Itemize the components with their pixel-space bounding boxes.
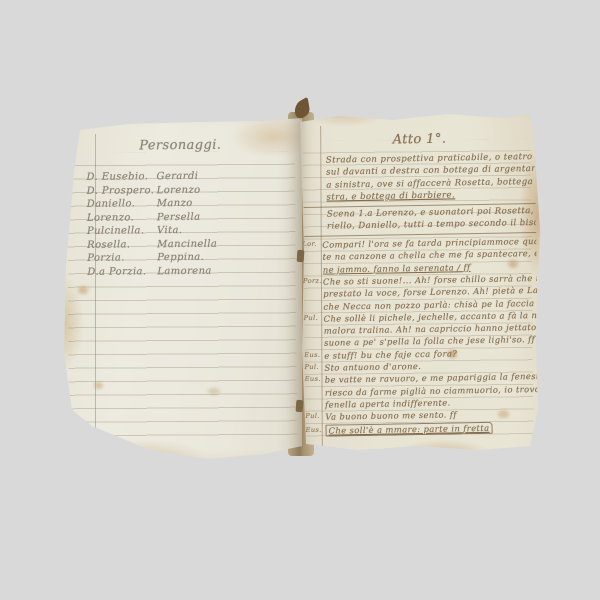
speaker-label: Pul. <box>304 363 324 371</box>
cast-actor: Lamorena <box>157 265 212 276</box>
cast-row: D.a Porzia.Lamorena <box>87 266 146 278</box>
cast-actor: Peppina. <box>157 252 204 263</box>
speaker-label: Pul. <box>304 313 324 321</box>
cast-actor: Vita. <box>157 225 183 236</box>
cast-role: Pulcinella. <box>87 225 145 237</box>
stain-smudge <box>208 388 220 395</box>
speaker-label: Lor. <box>302 240 322 248</box>
cast-role: Porzia. <box>87 252 125 263</box>
cast-row: D. Eusebio.Gerardi <box>86 171 148 183</box>
cast-row: Daniello.Manzo <box>87 198 136 209</box>
manuscript-photo: Personaggi. D. Eusebio.Gerardi D. Prospe… <box>0 0 600 600</box>
cast-role: Rosella. <box>87 239 130 250</box>
left-page-writing: Personaggi. D. Eusebio.Gerardi D. Prospe… <box>58 115 302 117</box>
foxing-spot <box>94 382 103 389</box>
speaker-label: Eus. <box>304 350 324 358</box>
cast-role: D. Prospero. <box>87 185 155 197</box>
speaker-label: Eus. <box>305 425 325 433</box>
dialogue-text: Sto antuono d'arone. <box>324 361 421 373</box>
cast-role: Lorenzo. <box>87 212 134 223</box>
cast-actor: Persella <box>157 211 201 222</box>
speaker-label: Pul. <box>305 412 325 420</box>
cast-actor: Lorenzo <box>157 184 201 195</box>
cast-row: Pulcinella.Vita. <box>87 225 145 237</box>
speaker-label: Porz. <box>303 277 323 285</box>
spine-stitch <box>297 250 305 262</box>
cast-role: D.a Porzia. <box>87 266 146 278</box>
spine-stitch <box>296 400 304 412</box>
left-page: Personaggi. D. Eusebio.Gerardi D. Prospe… <box>58 116 302 460</box>
cast-role: Daniello. <box>87 198 136 209</box>
right-page: Atto 1°. Strada con prospettiva praticab… <box>298 110 540 458</box>
cast-actor: Gerardi <box>156 171 198 182</box>
cast-row: Porzia.Peppina. <box>87 252 125 263</box>
foxing-spot <box>78 286 88 294</box>
cast-actor: Manzo <box>157 198 193 209</box>
speaker-label: Eus. <box>305 375 325 383</box>
cast-row: Rosella.Mancinella <box>87 239 130 250</box>
cast-row: D. Prospero.Lorenzo <box>87 185 155 197</box>
cast-actor: Mancinella <box>157 238 217 250</box>
cast-role: D. Eusebio. <box>86 171 148 183</box>
right-page-writing: Atto 1°. Strada con prospettiva praticab… <box>298 108 540 112</box>
cast-list-title: Personaggi. <box>58 137 302 154</box>
cast-row: Lorenzo.Persella <box>87 212 134 223</box>
